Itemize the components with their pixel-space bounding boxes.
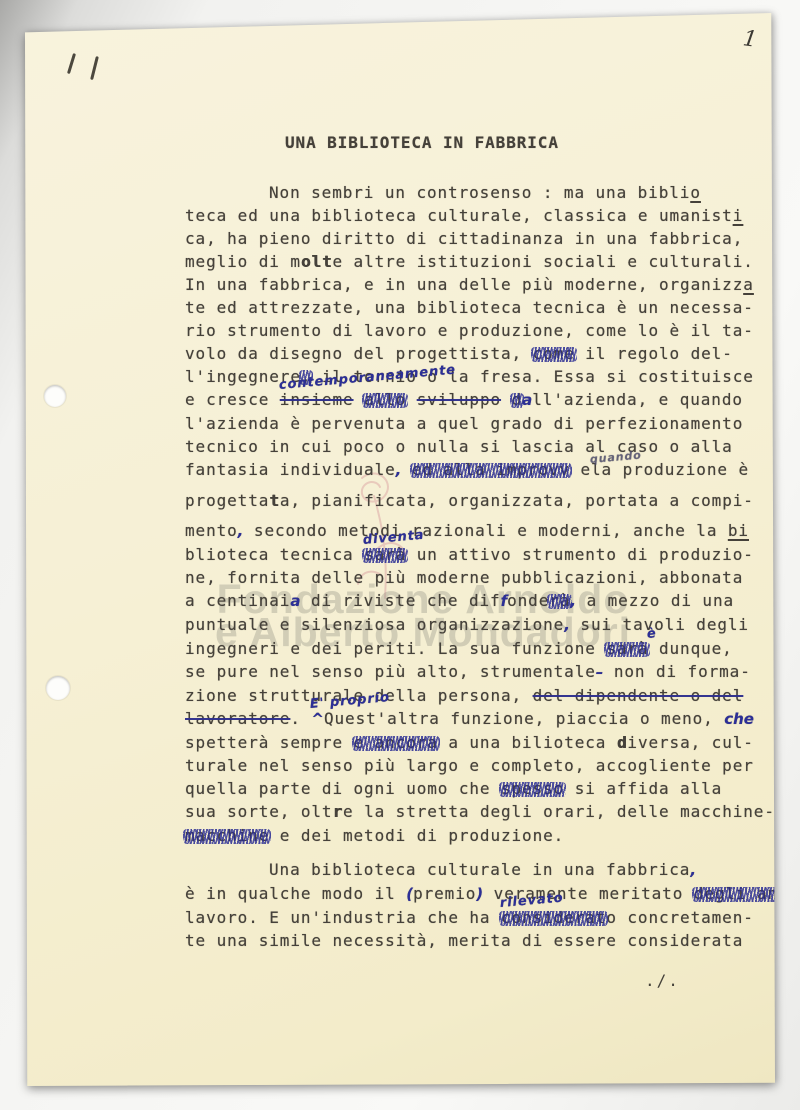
typed-text: progetta (185, 491, 269, 510)
typed-line: l'azienda è pervenuta a quel grado di pe… (185, 412, 785, 435)
obliterated-text: come (533, 344, 575, 363)
typed-text: lavoro. E un'industria che ha (185, 908, 501, 927)
obliterated-text: degli an (694, 884, 778, 903)
typed-text: meglio di m (185, 252, 301, 271)
typed-text: dunque, (648, 639, 732, 658)
typed-line: blioteca tecnica diventasarà un attivo s… (185, 543, 785, 566)
typed-text: ingegneri e dei periti. La sua funzione (185, 639, 606, 658)
handwritten-text: del (778, 885, 800, 903)
handwritten-insertion: quando (589, 444, 643, 471)
typed-text: d (617, 733, 628, 752)
typed-text: t (269, 491, 280, 510)
typed-line: lavoratore. E' proprio^Quest'altra funzi… (185, 707, 785, 731)
typed-text: blioteca tecnica (185, 545, 364, 564)
pen-mark (90, 56, 98, 80)
typed-text: premio (413, 884, 476, 903)
typed-text: sua sorte, olt (185, 802, 332, 821)
typed-line: tecnico in cui poco o nulla si lascia al… (185, 435, 785, 458)
typed-text: volo da disegno del progettista, (185, 344, 533, 363)
typed-text: ll'azienda, e quando (532, 390, 743, 409)
typed-text: te una simile necessità, merita di esser… (185, 931, 743, 950)
scanned-document: 1 Fondazione Arnoldo e Alberto Mondadori… (0, 0, 800, 1110)
typed-line: sua sorte, oltre la stretta degli orari,… (185, 800, 785, 824)
punch-hole-top (44, 385, 66, 407)
page-number: 1 (741, 26, 758, 53)
struck-text: sviluppo (417, 390, 501, 409)
page-title: UNA BIBLIOTECA IN FABBRICA (285, 131, 785, 154)
typed-text: In una fabbrica, e in una delle più mode… (185, 275, 743, 294)
typed-line: progettata, pianificata, organizzata, po… (185, 489, 785, 512)
typed-text: onde (507, 591, 549, 610)
typed-line: spetterà sempre e ancora a una bilioteca… (185, 731, 785, 754)
typed-text: te ed attrezzate, una biblioteca tecnica… (185, 298, 754, 317)
handwritten-text: , (690, 861, 696, 879)
typed-text: secondo metodi razionali e moderni, anch… (243, 521, 728, 540)
obliterated-text: sarà (606, 639, 648, 658)
obliterated-text: spesso (501, 779, 564, 798)
typed-line: puntuale e silenziosa organizzazione, su… (185, 613, 785, 637)
typed-line: rio strumento di lavoro e produzione, co… (185, 319, 785, 342)
typed-text: Una biblioteca culturale in una fabbrica (269, 860, 690, 879)
struck-text: lavoratore (185, 709, 290, 728)
typed-line: macchine e dei metodi di produzione. (185, 824, 785, 847)
typed-line: quella parte di ogni uomo che spesso si … (185, 777, 785, 800)
typed-line: meglio di molte altre istituzioni social… (185, 250, 785, 273)
typed-text: mento (185, 521, 238, 540)
typed-line: fantasia individuale, ed alla improvv eq… (185, 458, 785, 482)
typed-text: l'azienda è pervenuta a quel grado di pe… (185, 414, 743, 433)
typed-text: Quest'altra funzione, piaccia o meno, (324, 709, 724, 728)
typed-line: turale nel senso più largo e completo, a… (185, 754, 785, 777)
typed-text: e dei metodi di produzione. (269, 826, 564, 845)
typed-text: tecnico in cui poco o nulla si lascia al… (185, 437, 733, 456)
typed-text: rio strumento di lavoro e produzione, co… (185, 321, 754, 340)
obliterated-text: considerat (501, 908, 606, 927)
typed-line: ne, fornita delle più moderne pubblicazi… (185, 566, 785, 589)
typed-line: a centinaia di riviste che diffonderà, a… (185, 589, 785, 613)
typescript-body: UNA BIBLIOTECA IN FABBRICA Non sembri un… (185, 131, 785, 952)
typed-line: se pure nel senso più alto, strumentale–… (185, 660, 785, 684)
obliterated-text: macchine (185, 826, 269, 845)
typed-line: lavoro. E un'industria che ha rilevatoco… (185, 906, 785, 929)
obliterated-text: allo (364, 390, 406, 409)
typed-line: e cresce contemporaneamenteinsieme allo … (185, 388, 785, 412)
typed-line: In una fabbrica, e in una delle più mode… (185, 273, 785, 296)
typed-text: se pure nel senso più alto, strumentale (185, 662, 596, 681)
typed-text: puntuale e silenziosa organizzazione (185, 615, 564, 634)
typed-text: iversa, cul- (627, 733, 753, 752)
paper-wrap: 1 Fondazione Arnoldo e Alberto Mondadori… (25, 13, 775, 1086)
typed-line: ingegneri e dei periti. La sua funzione … (185, 637, 785, 660)
handwritten-text: a (290, 592, 300, 610)
typed-text: i (733, 206, 744, 225)
typed-text: e altre istituzioni sociali e culturali. (332, 252, 753, 271)
typed-text: ca, ha pieno diritto di cittadinanza in … (185, 229, 743, 248)
obliterated-text: sarà (364, 545, 406, 564)
typed-text: un attivo strumento di produzio- (406, 545, 754, 564)
typed-text: e cresce (185, 390, 280, 409)
typed-text: ne, fornita delle più moderne pubblicazi… (185, 568, 743, 587)
struck-text: del dipendente o del (533, 686, 744, 705)
typed-text: bi (728, 521, 749, 540)
typed-text: olt (301, 252, 333, 271)
typed-text: a, pianificata, organizzata, portata a c… (280, 491, 754, 510)
typed-text: fantasia individuale (185, 460, 396, 479)
typed-line: Una biblioteca culturale in una fabbrica… (185, 858, 785, 882)
typed-text: spetterà sempre (185, 733, 354, 752)
handwritten-text: che (724, 710, 754, 728)
continuation-mark: ./. (645, 971, 680, 990)
typed-text: di riviste che dif (300, 591, 500, 610)
typed-line: ca, ha pieno diritto di cittadinanza in … (185, 227, 785, 250)
typed-text: quella parte di ogni uomo che (185, 779, 501, 798)
punch-hole-bottom (46, 676, 70, 700)
typed-text: r (332, 802, 343, 821)
typed-text: e (570, 460, 591, 479)
typed-line: teca ed una biblioteca culturale, classi… (185, 204, 785, 227)
typed-text: teca ed una biblioteca culturale, classi… (185, 206, 733, 225)
obliterated-text: ed alla improvv (412, 460, 570, 479)
typed-text: a mezzo di una (576, 591, 734, 610)
typed-text: Non sembri un controsenso : ma una bibli (269, 183, 690, 202)
obliterated-text: rà (549, 591, 570, 610)
typed-line: te ed attrezzate, una biblioteca tecnica… (185, 296, 785, 319)
typed-text: o (690, 183, 701, 202)
typed-text: il regolo del- (575, 344, 733, 363)
typed-text: turale nel senso più largo e completo, a… (185, 756, 754, 775)
typed-text: a centinai (185, 591, 290, 610)
typed-text: o concretamen- (606, 908, 753, 927)
typed-line: l'ingegnere, il tornio o la fresa. Essa … (185, 365, 785, 388)
pen-mark (67, 53, 76, 74)
typed-text: non di forma- (603, 662, 750, 681)
typed-text: a una bilioteca (438, 733, 617, 752)
typed-text: si affida alla (564, 779, 722, 798)
typed-text: . (290, 709, 311, 728)
typed-line: mento, secondo metodi razionali e modern… (185, 519, 785, 543)
typed-line: zione strutturale della persona, del dip… (185, 684, 785, 707)
typed-text: è in qualche modo il (185, 884, 406, 903)
typed-text: e la stretta degli orari, delle macchine… (343, 802, 800, 821)
typed-text: sui tavoli degli (570, 615, 749, 634)
typed-text: a (743, 275, 754, 294)
typed-line: volo da disegno del progettista, come il… (185, 342, 785, 365)
obliterated-text: e ancora (354, 733, 438, 752)
typed-line: te una simile necessità, merita di esser… (185, 929, 785, 952)
obliterated-text: d (512, 390, 523, 409)
typed-line: Non sembri un controsenso : ma una bibli… (185, 181, 785, 204)
paper-sheet: 1 Fondazione Arnoldo e Alberto Mondadori… (25, 13, 775, 1086)
typed-line: è in qualche modo il (premio) veramente … (185, 882, 785, 906)
